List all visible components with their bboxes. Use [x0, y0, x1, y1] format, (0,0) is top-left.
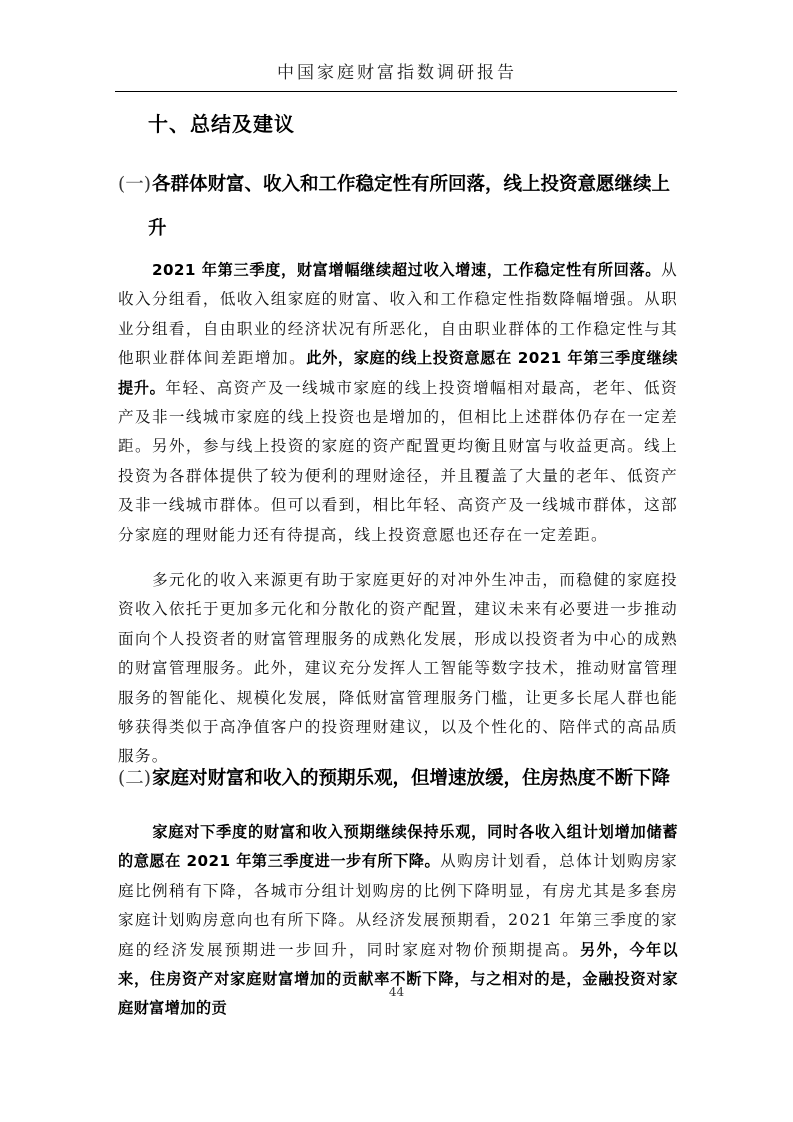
subsection-heading-2: (二)家庭对财富和收入的预期乐观，但增速放缓，住房热度不断下降	[118, 757, 678, 801]
section-heading: 十、总结及建议	[148, 108, 295, 137]
subsection-title-continued: 升	[118, 207, 678, 251]
body-text: 年轻、高资产及一线城市家庭的线上投资增幅相对最高，老年、低资产及非一线城市家庭的…	[118, 379, 678, 544]
emphasis-text: 2021 年第三季度，财富增幅继续超过收入增速，工作稳定性有所回落。	[152, 261, 661, 279]
page-number: 44	[0, 985, 793, 999]
document-page: 中国家庭财富指数调研报告 十、总结及建议 (一)各群体财富、收入和工作稳定性有所…	[0, 0, 793, 1122]
subsection-heading-1: (一)各群体财富、收入和工作稳定性有所回落，线上投资意愿继续上 升	[118, 163, 678, 251]
subsection-number: (二)	[118, 768, 151, 789]
running-header: 中国家庭财富指数调研报告	[118, 58, 676, 83]
paragraph-recommendation: 多元化的收入来源更有助于家庭更好的对冲外生冲击，而稳健的家庭投资收入依托于更加多…	[118, 566, 678, 772]
header-rule	[115, 91, 677, 92]
subsection-number: (一)	[118, 174, 151, 195]
paragraph-summary-1: 2021 年第三季度，财富增幅继续超过收入增速，工作稳定性有所回落。从收入分组看…	[118, 256, 678, 550]
body-text: 多元化的收入来源更有助于家庭更好的对冲外生冲击，而稳健的家庭投资收入依托于更加多…	[118, 571, 678, 765]
subsection-title: 家庭对财富和收入的预期乐观，但增速放缓，住房热度不断下降	[152, 768, 670, 789]
subsection-title: 各群体财富、收入和工作稳定性有所回落，线上投资意愿继续上	[152, 174, 670, 195]
